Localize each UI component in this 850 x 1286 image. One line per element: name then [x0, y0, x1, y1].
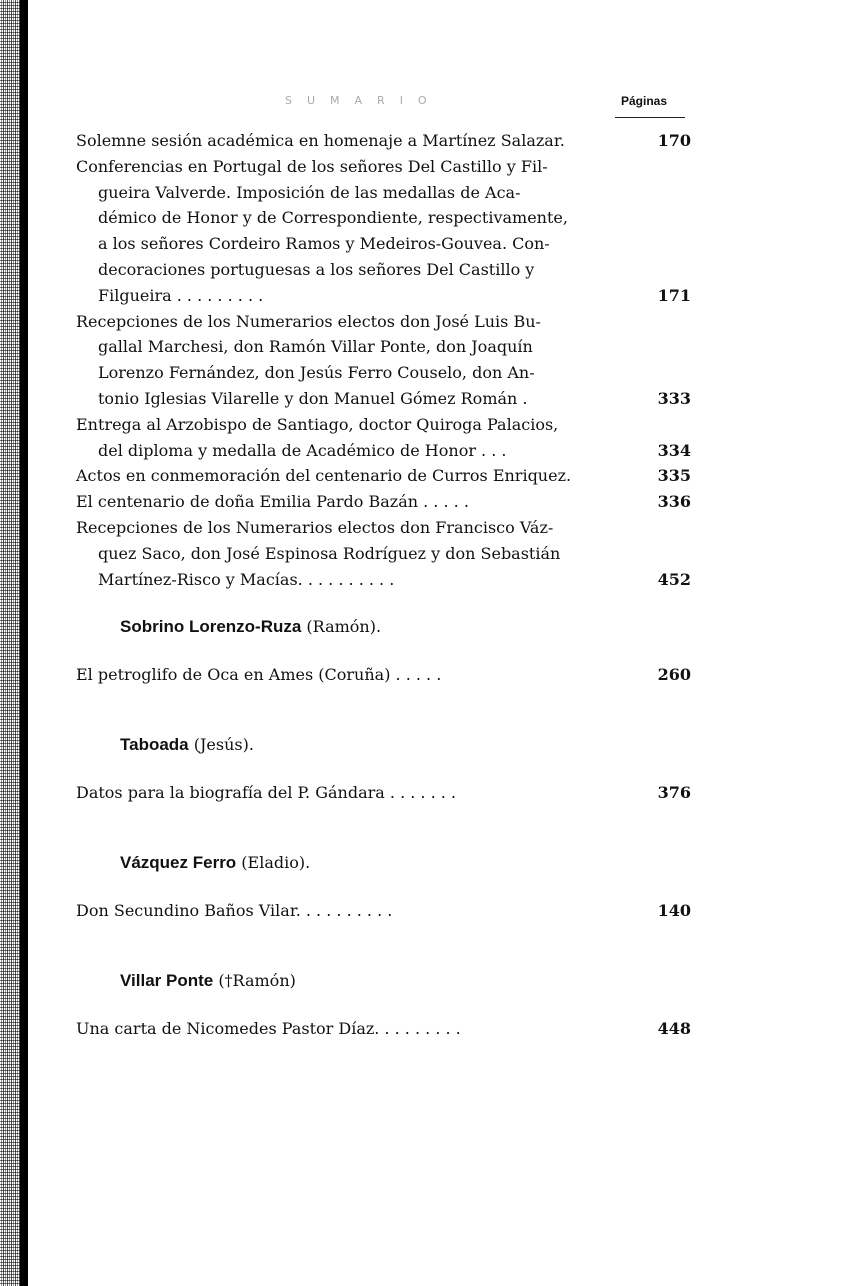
page-header: SUMARIO Páginas — [0, 92, 850, 116]
toc-entry: Entrega al Arzobispo de Santiago, doctor… — [76, 412, 696, 464]
toc-entry: Recepciones de los Numerarios electos do… — [76, 309, 696, 412]
entry-line: tonio Iglesias Vilarelle y don Manuel Gó… — [76, 386, 696, 412]
page-number: 171 — [658, 283, 691, 309]
page-number: 170 — [658, 128, 691, 154]
page-number: 448 — [658, 1016, 691, 1042]
page-number: 335 — [658, 463, 691, 489]
entry-line: Recepciones de los Numerarios electos do… — [76, 515, 696, 541]
toc-entry: El petroglifo de Oca en Ames (Coruña) . … — [76, 662, 696, 688]
author-surname: Villar Ponte — [120, 971, 213, 990]
entry-line: gallal Marchesi, don Ramón Villar Ponte,… — [76, 334, 696, 360]
entry-line: quez Saco, don José Espinosa Rodríguez y… — [76, 541, 696, 567]
page-number: 376 — [658, 780, 691, 806]
page-number: 333 — [658, 386, 691, 412]
author-given-name: (Jesús). — [194, 735, 254, 754]
toc-entry: Don Secundino Baños Vilar. . . . . . . .… — [76, 898, 696, 924]
author-heading: Villar Ponte (†Ramón) — [120, 968, 696, 994]
toc-entry: Una carta de Nicomedes Pastor Díaz. . . … — [76, 1016, 696, 1042]
table-of-contents: Solemne sesión académica en homenaje a M… — [76, 128, 696, 1042]
entry-line: Don Secundino Baños Vilar. . . . . . . .… — [76, 898, 696, 924]
entry-line: a los señores Cordeiro Ramos y Medeiros-… — [76, 231, 696, 257]
author-given-name: (Eladio). — [241, 853, 310, 872]
page-number: 336 — [658, 489, 691, 515]
author-heading: Sobrino Lorenzo-Ruza (Ramón). — [120, 614, 696, 640]
toc-entry: Solemne sesión académica en homenaje a M… — [76, 128, 696, 154]
entry-line: Entrega al Arzobispo de Santiago, doctor… — [76, 412, 696, 438]
page-number: 140 — [658, 898, 691, 924]
entry-line: Filgueira . . . . . . . . . — [76, 283, 696, 309]
entry-line: del diploma y medalla de Académico de Ho… — [76, 438, 696, 464]
entry-line: Martínez-Risco y Macías. . . . . . . . .… — [76, 567, 696, 593]
pages-underline — [615, 117, 685, 118]
entry-line: gueira Valverde. Imposición de las medal… — [76, 180, 696, 206]
author-given-name: (Ramón). — [306, 617, 381, 636]
entry-line: démico de Honor y de Correspondiente, re… — [76, 205, 696, 231]
toc-entry: Recepciones de los Numerarios electos do… — [76, 515, 696, 592]
page-number: 452 — [658, 567, 691, 593]
section-title: SUMARIO — [285, 94, 442, 107]
entry-line: decoraciones portuguesas a los señores D… — [76, 257, 696, 283]
entry-line: El centenario de doña Emilia Pardo Bazán… — [76, 489, 696, 515]
page-number: 260 — [658, 662, 691, 688]
author-surname: Taboada — [120, 735, 189, 754]
pages-column-label: Páginas — [621, 94, 667, 108]
toc-entry: El centenario de doña Emilia Pardo Bazán… — [76, 489, 696, 515]
toc-entry: Conferencias en Portugal de los señores … — [76, 154, 696, 309]
author-surname: Sobrino Lorenzo-Ruza — [120, 617, 301, 636]
entry-line: Actos en conmemoración del centenario de… — [76, 463, 696, 489]
author-heading: Vázquez Ferro (Eladio). — [120, 850, 696, 876]
author-heading: Taboada (Jesús). — [120, 732, 696, 758]
author-surname: Vázquez Ferro — [120, 853, 236, 872]
entry-line: Conferencias en Portugal de los señores … — [76, 154, 696, 180]
page-number: 334 — [658, 438, 691, 464]
toc-entry: Actos en conmemoración del centenario de… — [76, 463, 696, 489]
entry-line: El petroglifo de Oca en Ames (Coruña) . … — [76, 662, 696, 688]
toc-entry: Datos para la biografía del P. Gándara .… — [76, 780, 696, 806]
entry-line: Lorenzo Fernández, don Jesús Ferro Couse… — [76, 360, 696, 386]
entry-line: Solemne sesión académica en homenaje a M… — [76, 128, 696, 154]
binding-shadow — [20, 0, 28, 1286]
entry-line: Una carta de Nicomedes Pastor Díaz. . . … — [76, 1016, 696, 1042]
entry-line: Datos para la biografía del P. Gándara .… — [76, 780, 696, 806]
entry-line: Recepciones de los Numerarios electos do… — [76, 309, 696, 335]
author-given-name: (†Ramón) — [218, 971, 296, 990]
